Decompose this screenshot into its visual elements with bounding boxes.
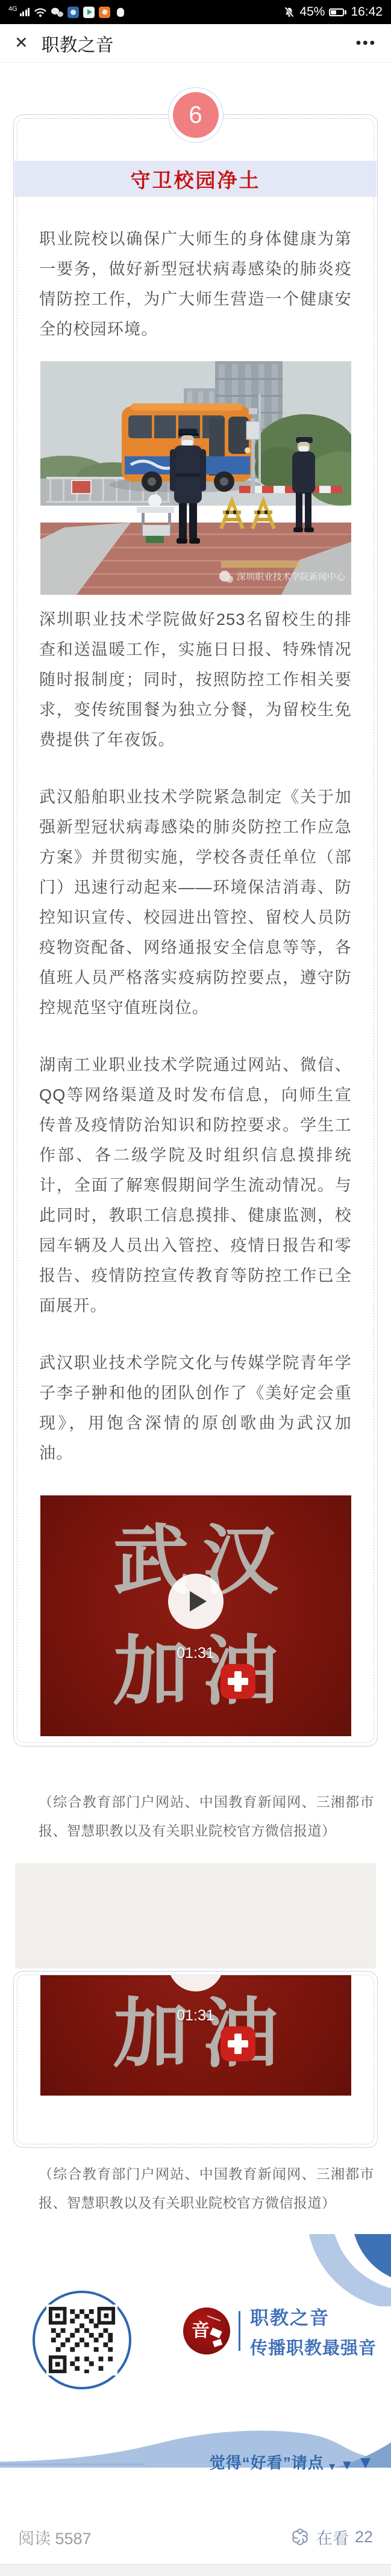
status-bar: 4G 45% 16:42 xyxy=(0,0,391,24)
video-duration: 01:31 xyxy=(40,2007,351,2025)
paragraph: 武汉职业技术学院文化与传媒学院青年学子李子翀和他的团队创作了《美好定会重现》，用… xyxy=(39,1348,352,1468)
play-button-icon[interactable] xyxy=(168,1574,224,1629)
wow-label: 在看 xyxy=(316,2525,349,2549)
red-cross-logo xyxy=(221,1664,255,1699)
orange-app-icon xyxy=(99,7,110,18)
article-section-card-partial: 武 汉 加 油 01:31 xyxy=(13,1971,378,2148)
paragraph: 武汉船舶职业技术学院紧急制定《关于加强新型冠状病毒感染的肺炎防控工作应急方案》并… xyxy=(39,782,352,1023)
brand-line1: 职教之音 xyxy=(250,2303,377,2330)
article-section-card: 6 守卫校园净土 职业院校以确保广大师生的身体健康为第一要务，做好新型冠状病毒感… xyxy=(13,114,378,1746)
section-number-badge: 6 xyxy=(168,87,224,143)
signal-strength-icon xyxy=(20,8,30,16)
wifi-icon xyxy=(34,7,47,17)
clock-label: 16:42 xyxy=(351,5,383,19)
decorative-wave xyxy=(0,2419,391,2468)
mute-bell-icon xyxy=(283,6,295,18)
brand-line2: 传播职教最强音 xyxy=(250,2335,377,2359)
wuhan-jiayou-video-partial[interactable]: 武 汉 加 油 01:31 xyxy=(40,1975,351,2096)
wechat-icon xyxy=(51,7,63,17)
qr-code xyxy=(33,2291,131,2389)
video-caption-characters: 武 汉 加 油 xyxy=(40,1975,351,2096)
page-title: 职教之音 xyxy=(42,30,114,57)
decorative-arcs xyxy=(280,2234,391,2306)
section-title-strip: 守卫校园净土 xyxy=(14,161,377,197)
zhijiao-logo: 音 xyxy=(183,2308,230,2354)
down-arrow-icon: ▼ xyxy=(340,2457,354,2473)
nav-bar: ✕ 职教之音 ••• xyxy=(0,24,391,63)
down-arrow-icon: ▼ xyxy=(327,2461,337,2473)
close-icon[interactable]: ✕ xyxy=(14,35,28,51)
svg-text:深圳职业技术学院新闻中心: 深圳职业技术学院新闻中心 xyxy=(237,572,346,582)
svg-text:音: 音 xyxy=(192,2321,210,2341)
brand-divider xyxy=(239,2311,240,2351)
battery-icon xyxy=(329,8,346,16)
tencent-video-icon xyxy=(83,7,95,18)
footer-brand-block: 音 职教之音 传播职教最强音 xyxy=(0,2220,391,2400)
campus-checkpoint-photo[interactable]: 深圳职业技术学院新闻中心 xyxy=(40,361,351,595)
qq-icon xyxy=(114,7,126,18)
video-loading-placeholder xyxy=(15,1863,376,1969)
wuhan-jiayou-video[interactable]: 武 汉 加 油 01:31 xyxy=(40,1495,351,1736)
read-count: 阅读 5587 xyxy=(18,2525,92,2549)
source-note: （综合教育部门户网站、中国教育新闻网、三湘都市报、智慧职教以及有关职业院校官方微… xyxy=(39,2159,374,2217)
photo-watermark: 深圳职业技术学院新闻中心 xyxy=(219,571,346,583)
paragraph: 湖南工业职业技术学院通过网站、微信、QQ等网络渠道及时发布信息，向师生宣传普及疫… xyxy=(39,1050,352,1321)
down-arrow-icon: ▼ xyxy=(357,2453,374,2473)
blue-app-icon xyxy=(67,7,79,18)
battery-percent-label: 45% xyxy=(299,5,325,19)
source-note: （综合教育部门户网站、中国教育新闻网、三湘都市报、智慧职教以及有关职业院校官方微… xyxy=(39,1787,374,1845)
wow-button[interactable]: 在看 22 xyxy=(290,2525,373,2549)
wow-flower-icon xyxy=(290,2527,310,2547)
paragraph: 职业院校以确保广大师生的身体健康为第一要务，做好新型冠状病毒感染的肺炎疫情防控工… xyxy=(39,224,352,344)
red-cross-logo xyxy=(221,2026,255,2061)
article-meta-row: 阅读 5587 在看 22 xyxy=(18,2528,373,2546)
video-duration: 01:31 xyxy=(40,1645,351,1662)
section-title: 守卫校园净土 xyxy=(131,165,261,193)
network-type-label: 4G xyxy=(8,5,17,13)
bottom-gray-bar xyxy=(0,2564,391,2576)
cta-text: 觉得“好看”请点 xyxy=(210,2451,324,2473)
wow-count: 22 xyxy=(355,2528,373,2547)
section-number: 6 xyxy=(173,92,219,138)
more-menu-icon[interactable]: ••• xyxy=(356,35,377,52)
paragraph: 深圳职业技术学院做好253名留校生的排查和送温暖工作，实施日日报、特殊情况随时报… xyxy=(39,604,352,755)
